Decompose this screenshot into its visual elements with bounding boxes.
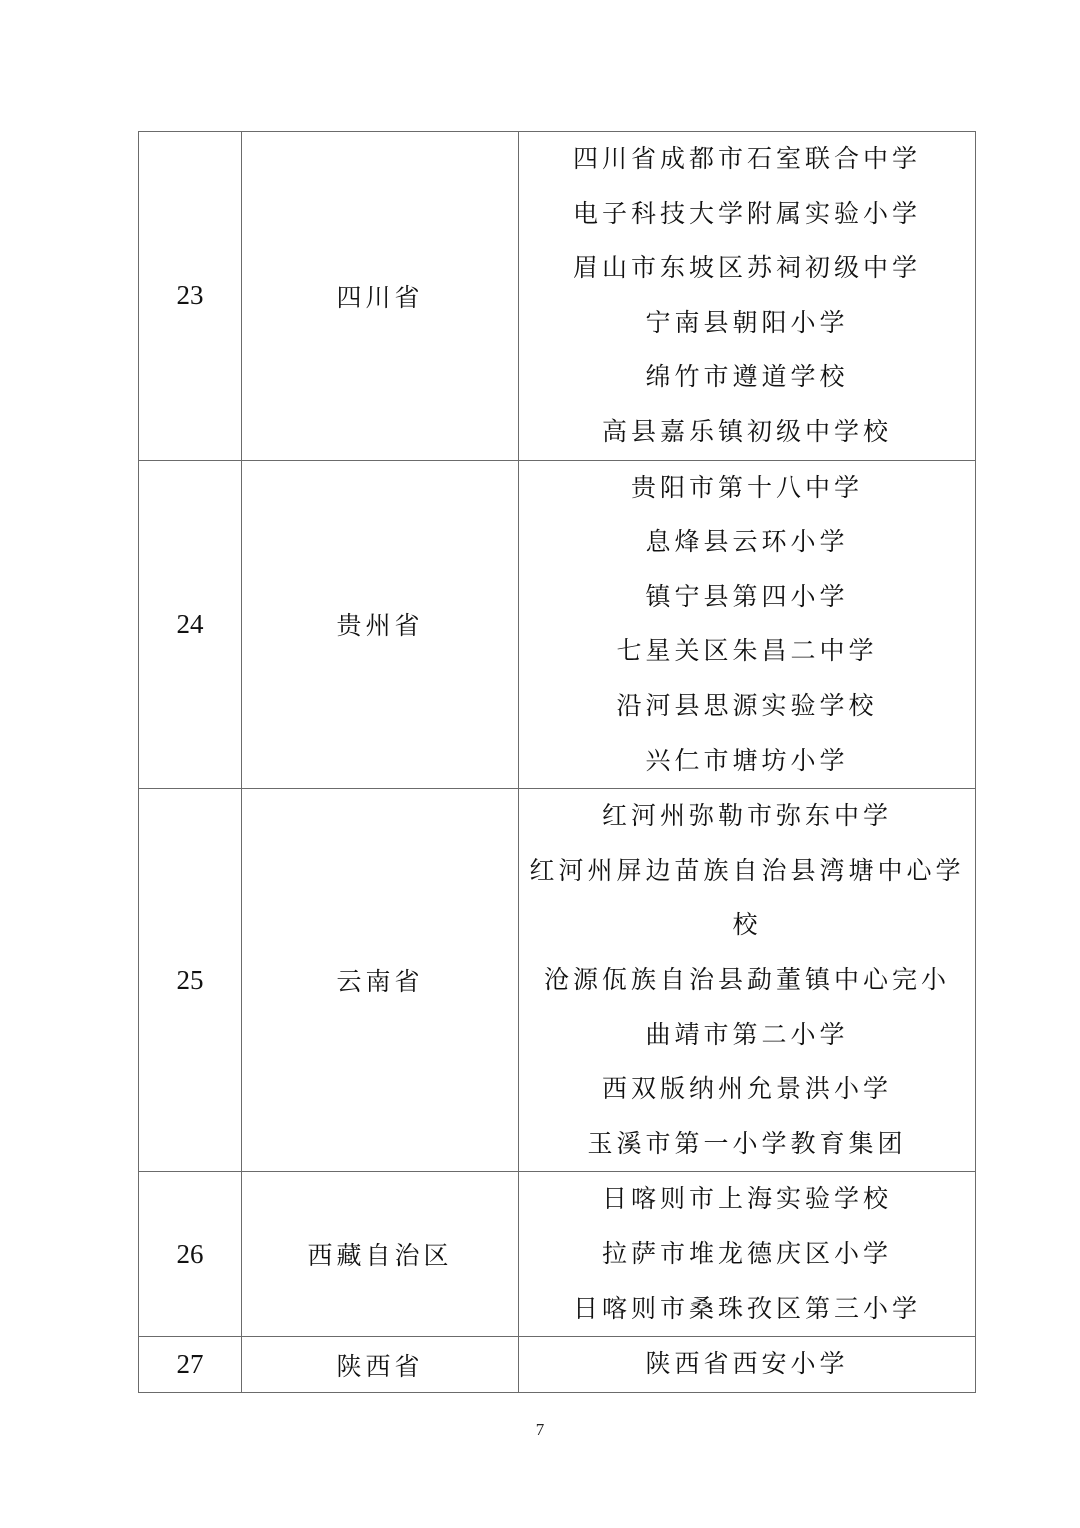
document-page: 23 四川省 四川省成都市石室联合中学 电子科技大学附属实验小学 眉山市东坡区苏… — [0, 0, 1080, 1528]
school-name: 眉山市东坡区苏祠初级中学 — [519, 241, 975, 296]
school-name: 拉萨市堆龙德庆区小学 — [519, 1227, 975, 1282]
school-name: 宁南县朝阳小学 — [519, 296, 975, 351]
province-cell: 贵州省 — [242, 460, 519, 789]
school-name: 曲靖市第二小学 — [519, 1008, 975, 1063]
school-name: 绵竹市遵道学校 — [519, 350, 975, 405]
school-name: 息烽县云环小学 — [519, 515, 975, 570]
school-list-table: 23 四川省 四川省成都市石室联合中学 电子科技大学附属实验小学 眉山市东坡区苏… — [138, 131, 976, 1393]
row-number: 25 — [139, 789, 242, 1172]
row-number: 24 — [139, 460, 242, 789]
page-number: 7 — [0, 1420, 1080, 1440]
school-name: 红河州弥勒市弥东中学 — [519, 789, 975, 844]
school-name: 陕西省西安小学 — [519, 1337, 975, 1392]
row-number: 26 — [139, 1172, 242, 1337]
province-cell: 云南省 — [242, 789, 519, 1172]
school-name: 贵阳市第十八中学 — [519, 461, 975, 516]
school-name: 玉溪市第一小学教育集团 — [519, 1117, 975, 1172]
school-name: 西双版纳州允景洪小学 — [519, 1062, 975, 1117]
schools-cell: 四川省成都市石室联合中学 电子科技大学附属实验小学 眉山市东坡区苏祠初级中学 宁… — [519, 132, 976, 461]
table-row: 24 贵州省 贵阳市第十八中学 息烽县云环小学 镇宁县第四小学 七星关区朱昌二中… — [139, 460, 976, 789]
school-name: 电子科技大学附属实验小学 — [519, 187, 975, 242]
row-number: 27 — [139, 1337, 242, 1393]
province-cell: 陕西省 — [242, 1337, 519, 1393]
table-row: 25 云南省 红河州弥勒市弥东中学 红河州屏边苗族自治县湾塘中心学校 沧源佤族自… — [139, 789, 976, 1172]
school-name: 兴仁市塘坊小学 — [519, 734, 975, 789]
province-cell: 西藏自治区 — [242, 1172, 519, 1337]
school-name-text: 红河州屏边苗族自治县湾塘中心学校 — [529, 856, 964, 940]
school-name: 沧源佤族自治县勐董镇中心完小 — [519, 953, 975, 1008]
schools-cell: 贵阳市第十八中学 息烽县云环小学 镇宁县第四小学 七星关区朱昌二中学 沿河县思源… — [519, 460, 976, 789]
province-cell: 四川省 — [242, 132, 519, 461]
school-name: 红河州屏边苗族自治县湾塘中心学校 — [519, 844, 975, 953]
school-name: 镇宁县第四小学 — [519, 570, 975, 625]
school-name: 高县嘉乐镇初级中学校 — [519, 405, 975, 460]
table-row: 23 四川省 四川省成都市石室联合中学 电子科技大学附属实验小学 眉山市东坡区苏… — [139, 132, 976, 461]
school-name: 日喀则市桑珠孜区第三小学 — [519, 1282, 975, 1337]
school-name: 七星关区朱昌二中学 — [519, 624, 975, 679]
schools-cell: 日喀则市上海实验学校 拉萨市堆龙德庆区小学 日喀则市桑珠孜区第三小学 — [519, 1172, 976, 1337]
table-row: 27 陕西省 陕西省西安小学 — [139, 1337, 976, 1393]
school-name: 日喀则市上海实验学校 — [519, 1172, 975, 1227]
school-name: 四川省成都市石室联合中学 — [519, 132, 975, 187]
schools-cell: 红河州弥勒市弥东中学 红河州屏边苗族自治县湾塘中心学校 沧源佤族自治县勐董镇中心… — [519, 789, 976, 1172]
schools-cell: 陕西省西安小学 — [519, 1337, 976, 1393]
row-number: 23 — [139, 132, 242, 461]
school-name: 沿河县思源实验学校 — [519, 679, 975, 734]
table-row: 26 西藏自治区 日喀则市上海实验学校 拉萨市堆龙德庆区小学 日喀则市桑珠孜区第… — [139, 1172, 976, 1337]
